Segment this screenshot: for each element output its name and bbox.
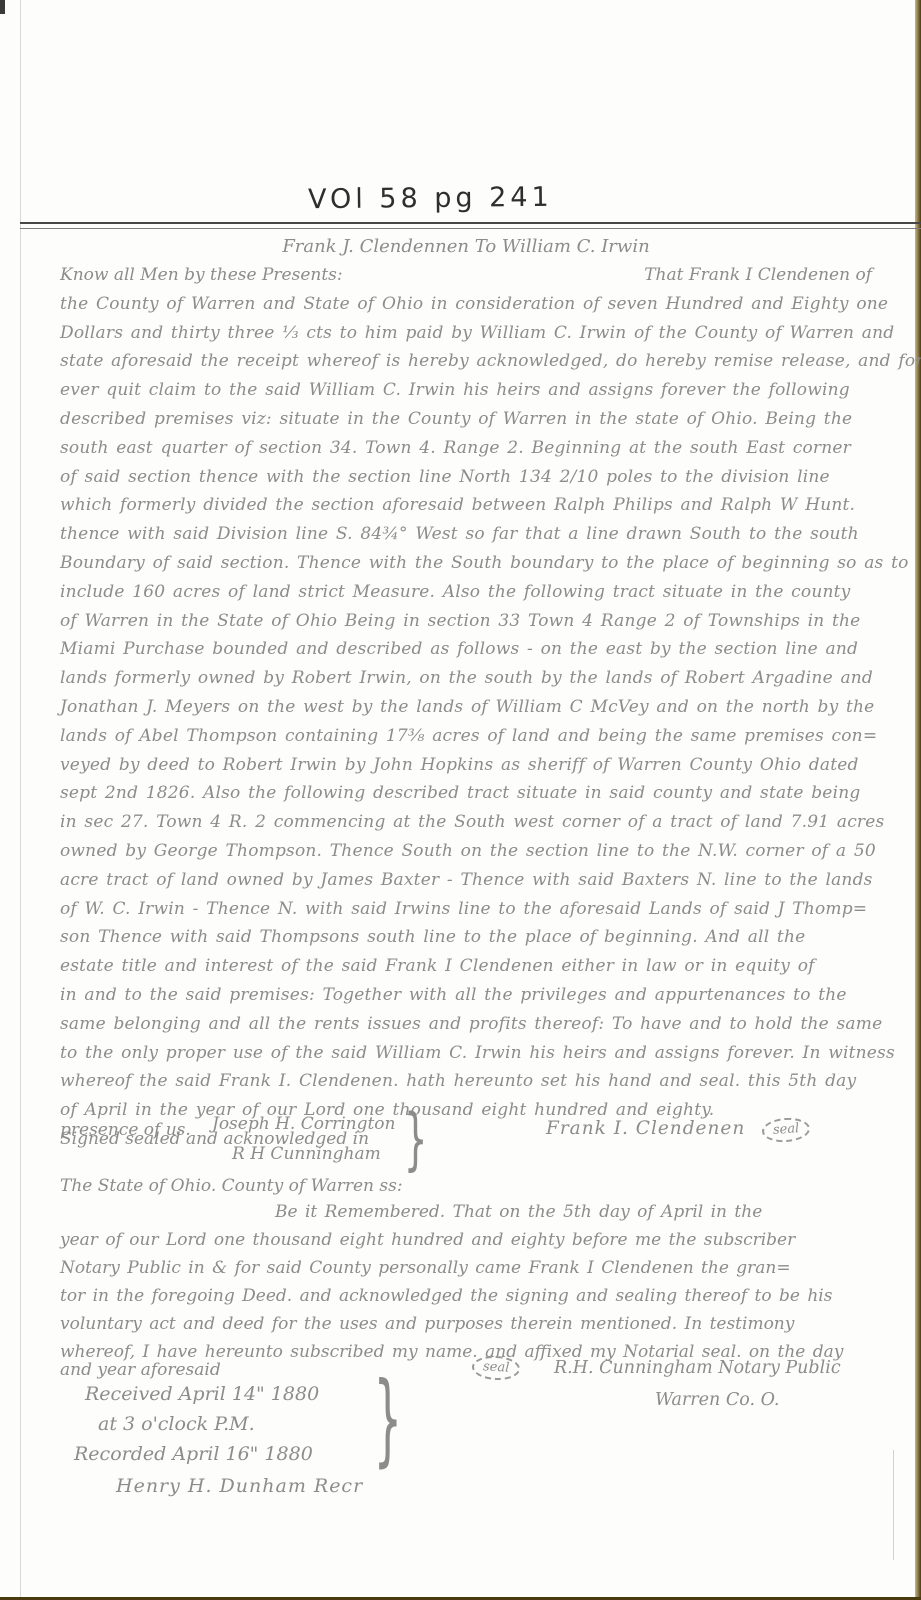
deed-line: veyed by deed to Robert Irwin by John Ho… xyxy=(60,751,872,780)
grantor-signature: Frank I. Clendenen xyxy=(546,1118,745,1139)
deed-line: in and to the said premises: Together wi… xyxy=(60,981,872,1010)
jurat-heading: The State of Ohio. County of Warren ss: xyxy=(60,1176,403,1196)
opening-left-text: Know all Men by these Presents: xyxy=(60,261,343,290)
deed-body: the County of Warren and State of Ohio i… xyxy=(60,290,872,1125)
notary-close-text: and year aforesaid xyxy=(60,1360,221,1380)
notary-seal-icon: seal xyxy=(471,1355,520,1381)
witness-signature-2: R H Cunningham xyxy=(232,1144,381,1164)
deed-line: same belonging and all the rents issues … xyxy=(60,1010,872,1039)
grantor-seal-icon: seal xyxy=(761,1116,811,1143)
deed-text-block: Frank J. Clendennen To William C. Irwin … xyxy=(60,233,872,1154)
deed-line: south east quarter of section 34. Town 4… xyxy=(60,434,872,463)
witness-signature-1: Joseph H. Corrington xyxy=(212,1114,395,1134)
scan-corner-mark xyxy=(0,0,5,14)
scan-edge-right xyxy=(915,0,921,1600)
deed-line: Jonathan J. Meyers on the west by the la… xyxy=(60,693,872,722)
deed-opening-line: Know all Men by these Presents: That Fra… xyxy=(60,261,872,290)
recorded-line: Recorded April 16" 1880 xyxy=(74,1443,313,1465)
deed-line: in sec 27. Town 4 R. 2 commencing at the… xyxy=(60,808,872,837)
received-time-line: at 3 o'clock P.M. xyxy=(98,1413,255,1435)
notary-line: year of our Lord one thousand eight hund… xyxy=(60,1226,872,1254)
notary-location: Warren Co. O. xyxy=(655,1390,779,1410)
deed-line: include 160 acres of land strict Measure… xyxy=(60,578,872,607)
presence-label: presence of us. xyxy=(60,1120,191,1140)
deed-line: lands of Abel Thompson containing 17⅜ ac… xyxy=(60,722,872,751)
deed-record-page: VOl 58 pg 241 Frank J. Clendennen To Wil… xyxy=(0,0,921,1600)
brace-icon: } xyxy=(404,1106,428,1174)
brace-icon: } xyxy=(373,1369,402,1469)
notary-line: tor in the foregoing Deed. and acknowled… xyxy=(60,1282,872,1310)
deed-line: sept 2nd 1826. Also the following descri… xyxy=(60,779,872,808)
deed-line: of Warren in the State of Ohio Being in … xyxy=(60,607,872,636)
notary-signature: R.H. Cunningham Notary Public xyxy=(554,1358,841,1378)
notary-acknowledgment: Be it Remembered. That on the 5th day of… xyxy=(60,1198,872,1366)
margin-rule-line xyxy=(20,0,21,1600)
deed-line: Dollars and thirty three ⅓ cts to him pa… xyxy=(60,319,872,348)
deed-line: which formerly divided the section afore… xyxy=(60,491,872,520)
scan-streak xyxy=(893,1450,894,1560)
recorder-signature: Henry H. Dunham Recr xyxy=(116,1475,363,1497)
deed-line: state aforesaid the receipt whereof is h… xyxy=(60,347,872,376)
deed-title: Frank J. Clendennen To William C. Irwin xyxy=(60,233,872,261)
deed-line: of W. C. Irwin - Thence N. with said Irw… xyxy=(60,895,872,924)
deed-line: son Thence with said Thompsons south lin… xyxy=(60,923,872,952)
deed-line: owned by George Thompson. Thence South o… xyxy=(60,837,872,866)
notary-line: Notary Public in & for said County perso… xyxy=(60,1254,872,1282)
notary-line: voluntary act and deed for the uses and … xyxy=(60,1310,872,1338)
notary-close-row: and year aforesaid seal R.H. Cunningham … xyxy=(60,1356,872,1386)
deed-line: ever quit claim to the said William C. I… xyxy=(60,376,872,405)
deed-line: Boundary of said section. Thence with th… xyxy=(60,549,872,578)
witness-signature-block: presence of us. Joseph H. Corrington R H… xyxy=(60,1112,872,1176)
deed-line: Miami Purchase bounded and described as … xyxy=(60,635,872,664)
deed-line: to the only proper use of the said Willi… xyxy=(60,1039,872,1068)
deed-line: described premises viz: situate in the C… xyxy=(60,405,872,434)
deed-line: thence with said Division line S. 84¾° W… xyxy=(60,520,872,549)
recording-block: Received April 14" 1880 at 3 o'clock P.M… xyxy=(60,1383,480,1513)
notary-line: Be it Remembered. That on the 5th day of… xyxy=(60,1198,872,1226)
received-line: Received April 14" 1880 xyxy=(85,1383,319,1405)
deed-line: whereof the said Frank I. Clendenen. hat… xyxy=(60,1067,872,1096)
opening-right-text: That Frank I Clendenen of xyxy=(644,261,872,290)
deed-line: of said section thence with the section … xyxy=(60,463,872,492)
deed-line: lands formerly owned by Robert Irwin, on… xyxy=(60,664,872,693)
deed-line: estate title and interest of the said Fr… xyxy=(60,952,872,981)
deed-line: acre tract of land owned by James Baxter… xyxy=(60,866,872,895)
deed-line: the County of Warren and State of Ohio i… xyxy=(60,290,872,319)
header-rule xyxy=(20,222,921,229)
volume-page-label: VOl 58 pg 241 xyxy=(308,182,553,216)
